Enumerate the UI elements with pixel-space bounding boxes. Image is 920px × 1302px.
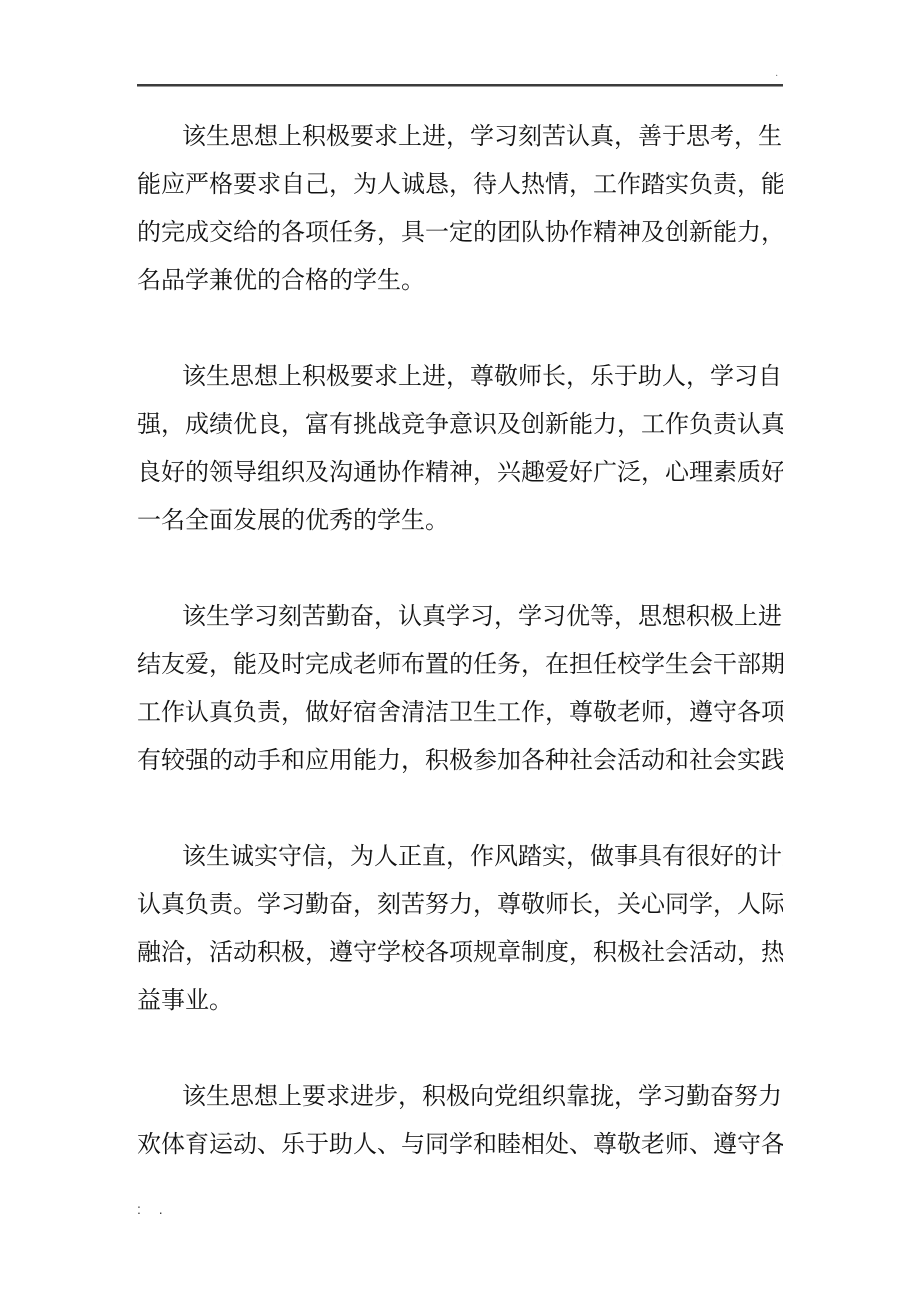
paragraph: 该生思想上要求进步，积极向党组织靠拢，学习勤奋努力、喜欢体育运动、乐于助人、与同… — [137, 1073, 783, 1169]
text-line: 该生学习刻苦勤奋，认真学习，学习优等，思想积极上进，团 — [137, 593, 783, 641]
paragraph: 该生思想上积极要求上进，学习刻苦认真，善于思考，生活中能应严格要求自己，为人诚恳… — [137, 113, 783, 305]
text-line: 有较强的动手和应用能力，积极参加各种社会活动和社会实践 — [137, 737, 783, 785]
header-rule — [137, 84, 783, 86]
text-line: 该生思想上积极要求上进，尊敬师长，乐于助人，学习自主性 — [137, 353, 783, 401]
header-artifact-mark: · — [775, 72, 778, 82]
text-line: 良好的领导组织及沟通协作精神，兴趣爱好广泛，心理素质好，是 — [137, 449, 783, 497]
document-page: · 该生思想上积极要求上进，学习刻苦认真，善于思考，生活中能应严格要求自己，为人… — [0, 0, 920, 1302]
text-line: 工作认真负责，做好宿舍清洁卫生工作，尊敬老师，遵守各项制度， — [137, 689, 783, 737]
text-line: 益事业。 — [137, 977, 783, 1025]
paragraph: 该生学习刻苦勤奋，认真学习，学习优等，思想积极上进，团结友爱，能及时完成老师布置… — [137, 593, 783, 785]
text-line: 认真负责。学习勤奋，刻苦努力，尊敬师长，关心同学，人际关系 — [137, 881, 783, 929]
text-line: 结友爱，能及时完成老师布置的任务，在担任校学生会干部期间， — [137, 641, 783, 689]
text-line: 欢体育运动、乐于助人、与同学和睦相处、尊敬老师、遵守各项制 — [137, 1121, 783, 1169]
text-line: 该生思想上要求进步，积极向党组织靠拢，学习勤奋努力、喜 — [137, 1073, 783, 1121]
text-line: 该生思想上积极要求上进，学习刻苦认真，善于思考，生活中 — [137, 113, 783, 161]
text-line: 该生诚实守信，为人正直，作风踏实，做事具有很好的计划性， — [137, 833, 783, 881]
text-line: 一名全面发展的优秀的学生。 — [137, 497, 783, 545]
text-line: 的完成交给的各项任务，具一定的团队协作精神及创新能力，是一 — [137, 209, 783, 257]
text-line: 能应严格要求自己，为人诚恳，待人热情，工作踏实负责，能出色 — [137, 161, 783, 209]
footer-artifact-marks: : . — [137, 1202, 170, 1216]
paragraph: 该生诚实守信，为人正直，作风踏实，做事具有很好的计划性，认真负责。学习勤奋，刻苦… — [137, 833, 783, 1025]
text-line: 强，成绩优良，富有挑战竞争意识及创新能力，工作负责认真，有 — [137, 401, 783, 449]
document-body: 该生思想上积极要求上进，学习刻苦认真，善于思考，生活中能应严格要求自己，为人诚恳… — [137, 113, 783, 1169]
text-line: 融洽，活动积极，遵守学校各项规章制度，积极社会活动，热心公 — [137, 929, 783, 977]
text-line: 名品学兼优的合格的学生。 — [137, 257, 783, 305]
paragraph: 该生思想上积极要求上进，尊敬师长，乐于助人，学习自主性强，成绩优良，富有挑战竞争… — [137, 353, 783, 545]
